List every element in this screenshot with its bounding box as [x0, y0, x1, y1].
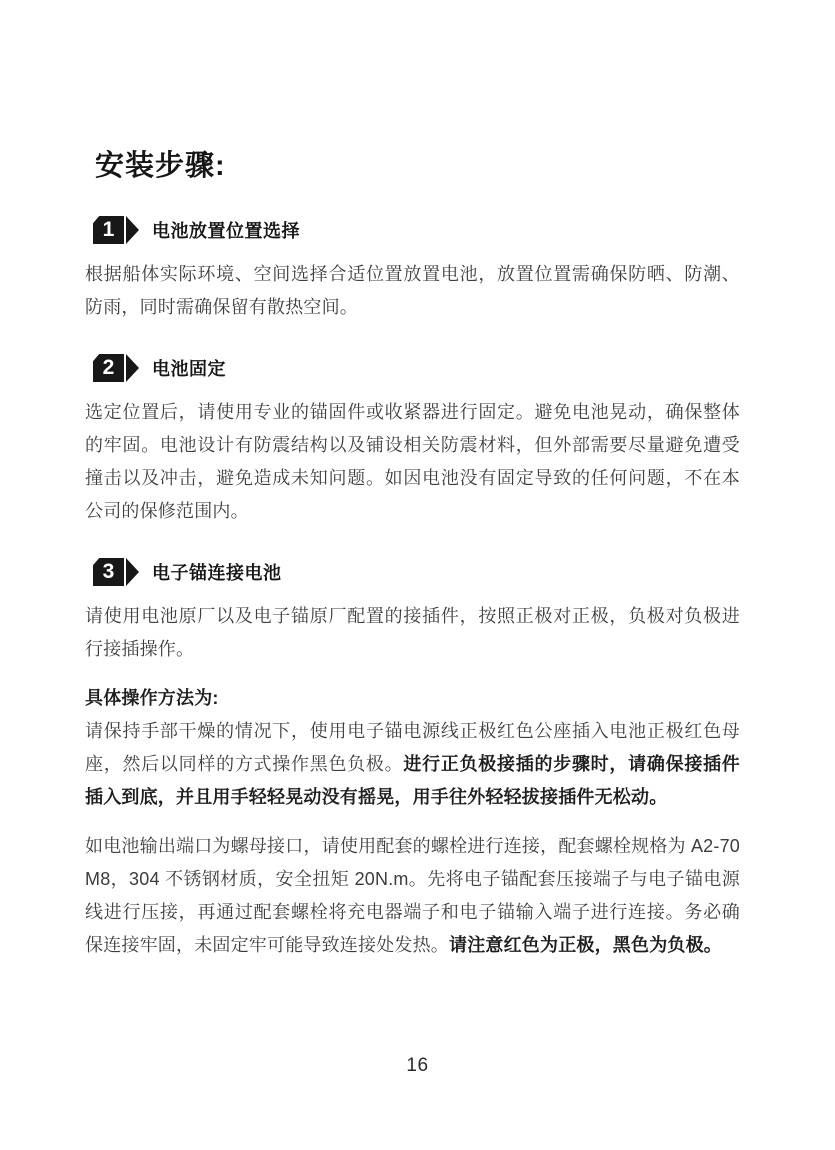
step-number: 3: [93, 558, 124, 586]
page-title: 安装步骤:: [95, 150, 740, 182]
step-number: 1: [93, 216, 124, 244]
step-number-badge: 2: [93, 354, 139, 382]
step-section-3: 3 电子锚连接电池 请使用电池原厂以及电子锚原厂配置的接插件，按照正极对正极，负…: [85, 558, 740, 962]
arrow-right-icon: [126, 558, 139, 586]
document-page: 安装步骤: 1 电池放置位置选择 根据船体实际环境、空间选择合适位置放置电池，放…: [0, 0, 835, 1150]
step-body-paragraph: 选定位置后，请使用专业的锚固件或收紧器进行固定。避免电池晃动，确保整体的牢固。电…: [85, 396, 740, 528]
step-number-badge: 1: [93, 216, 139, 244]
page-number: 16: [0, 1055, 835, 1077]
bolt-bold-text: 请注意红色为正极，黑色为负极。: [449, 935, 722, 955]
step-heading-1: 1 电池放置位置选择: [93, 216, 740, 244]
step-number: 2: [93, 354, 124, 382]
step-title: 电池固定: [152, 355, 226, 381]
arrow-right-icon: [126, 354, 139, 382]
method-label: 具体操作方法为:: [85, 682, 740, 715]
step-section-2: 2 电池固定 选定位置后，请使用专业的锚固件或收紧器进行固定。避免电池晃动，确保…: [85, 354, 740, 528]
step-section-1: 1 电池放置位置选择 根据船体实际环境、空间选择合适位置放置电池，放置位置需确保…: [85, 216, 740, 324]
step-number-badge: 3: [93, 558, 139, 586]
step-title: 电池放置位置选择: [152, 217, 300, 243]
step-heading-2: 2 电池固定: [93, 354, 740, 382]
step-heading-3: 3 电子锚连接电池: [93, 558, 740, 586]
step-title: 电子锚连接电池: [152, 559, 282, 585]
step-body-paragraph: 根据船体实际环境、空间选择合适位置放置电池，放置位置需确保防晒、防潮、防雨，同时…: [85, 258, 740, 324]
bolt-paragraph: 如电池输出端口为螺母接口，请使用配套的螺栓进行连接，配套螺栓规格为 A2-70 …: [85, 830, 740, 962]
step-body-paragraph: 请使用电池原厂以及电子锚原厂配置的接插件，按照正极对正极，负极对负极进行接插操作…: [85, 600, 740, 666]
method-paragraph: 具体操作方法为: 请保持手部干燥的情况下，使用电子锚电源线正极红色公座插入电池正…: [85, 682, 740, 814]
arrow-right-icon: [126, 216, 139, 244]
